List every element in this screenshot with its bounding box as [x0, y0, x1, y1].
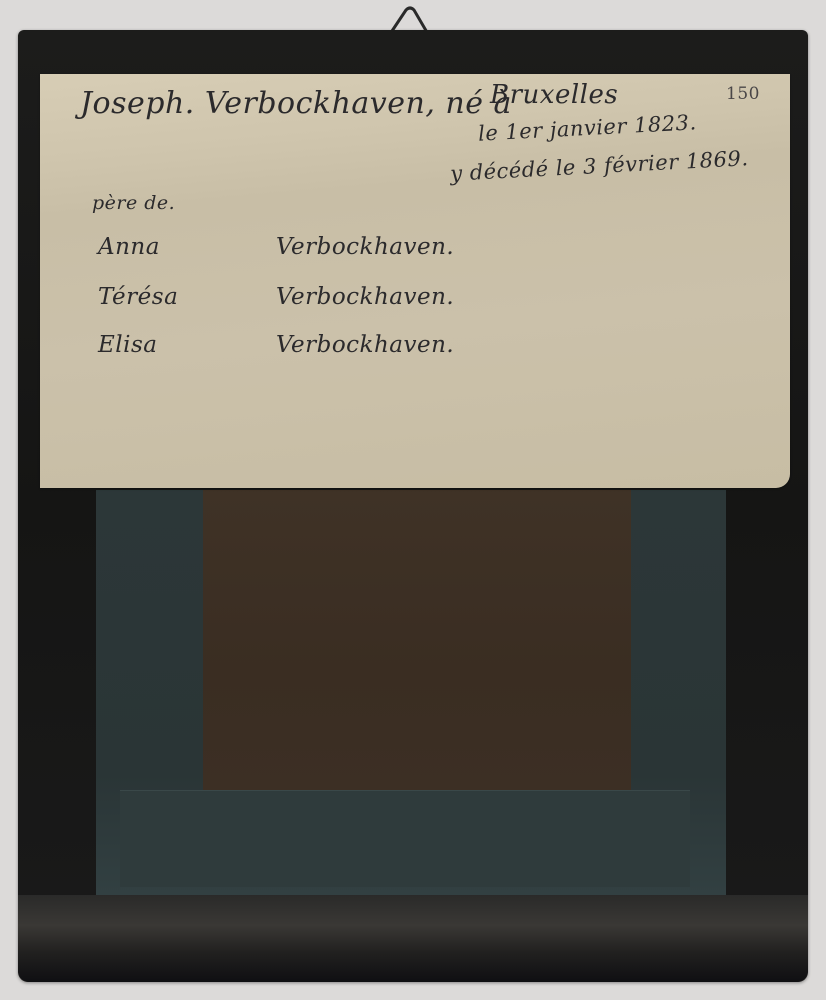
blue-tape-strip [120, 790, 690, 887]
label-number: 150 [726, 84, 760, 104]
child-surname: Verbockhaven. [276, 284, 454, 310]
inscription-name: Joseph. Verbockhaven, né à [80, 86, 512, 121]
child-first-name: Térésa [98, 284, 178, 310]
child-entry: Térésa Verbockhaven. [98, 284, 178, 310]
inscription-death: y décédé le 3 février 1869. [450, 146, 749, 186]
inscription-city: Bruxelles [490, 80, 618, 110]
child-surname: Verbockhaven. [276, 332, 454, 358]
paper-label: 150 Joseph. Verbockhaven, né à Bruxelles… [40, 74, 790, 488]
brown-panel [203, 490, 631, 793]
child-entry: Anna Verbockhaven. [98, 234, 160, 260]
inscription-relation: père de. [92, 192, 175, 214]
frame-bottom-edge [18, 895, 808, 982]
child-entry: Elisa Verbockhaven. [98, 332, 158, 358]
child-first-name: Anna [98, 234, 160, 260]
child-surname: Verbockhaven. [276, 234, 454, 260]
child-first-name: Elisa [98, 332, 158, 358]
